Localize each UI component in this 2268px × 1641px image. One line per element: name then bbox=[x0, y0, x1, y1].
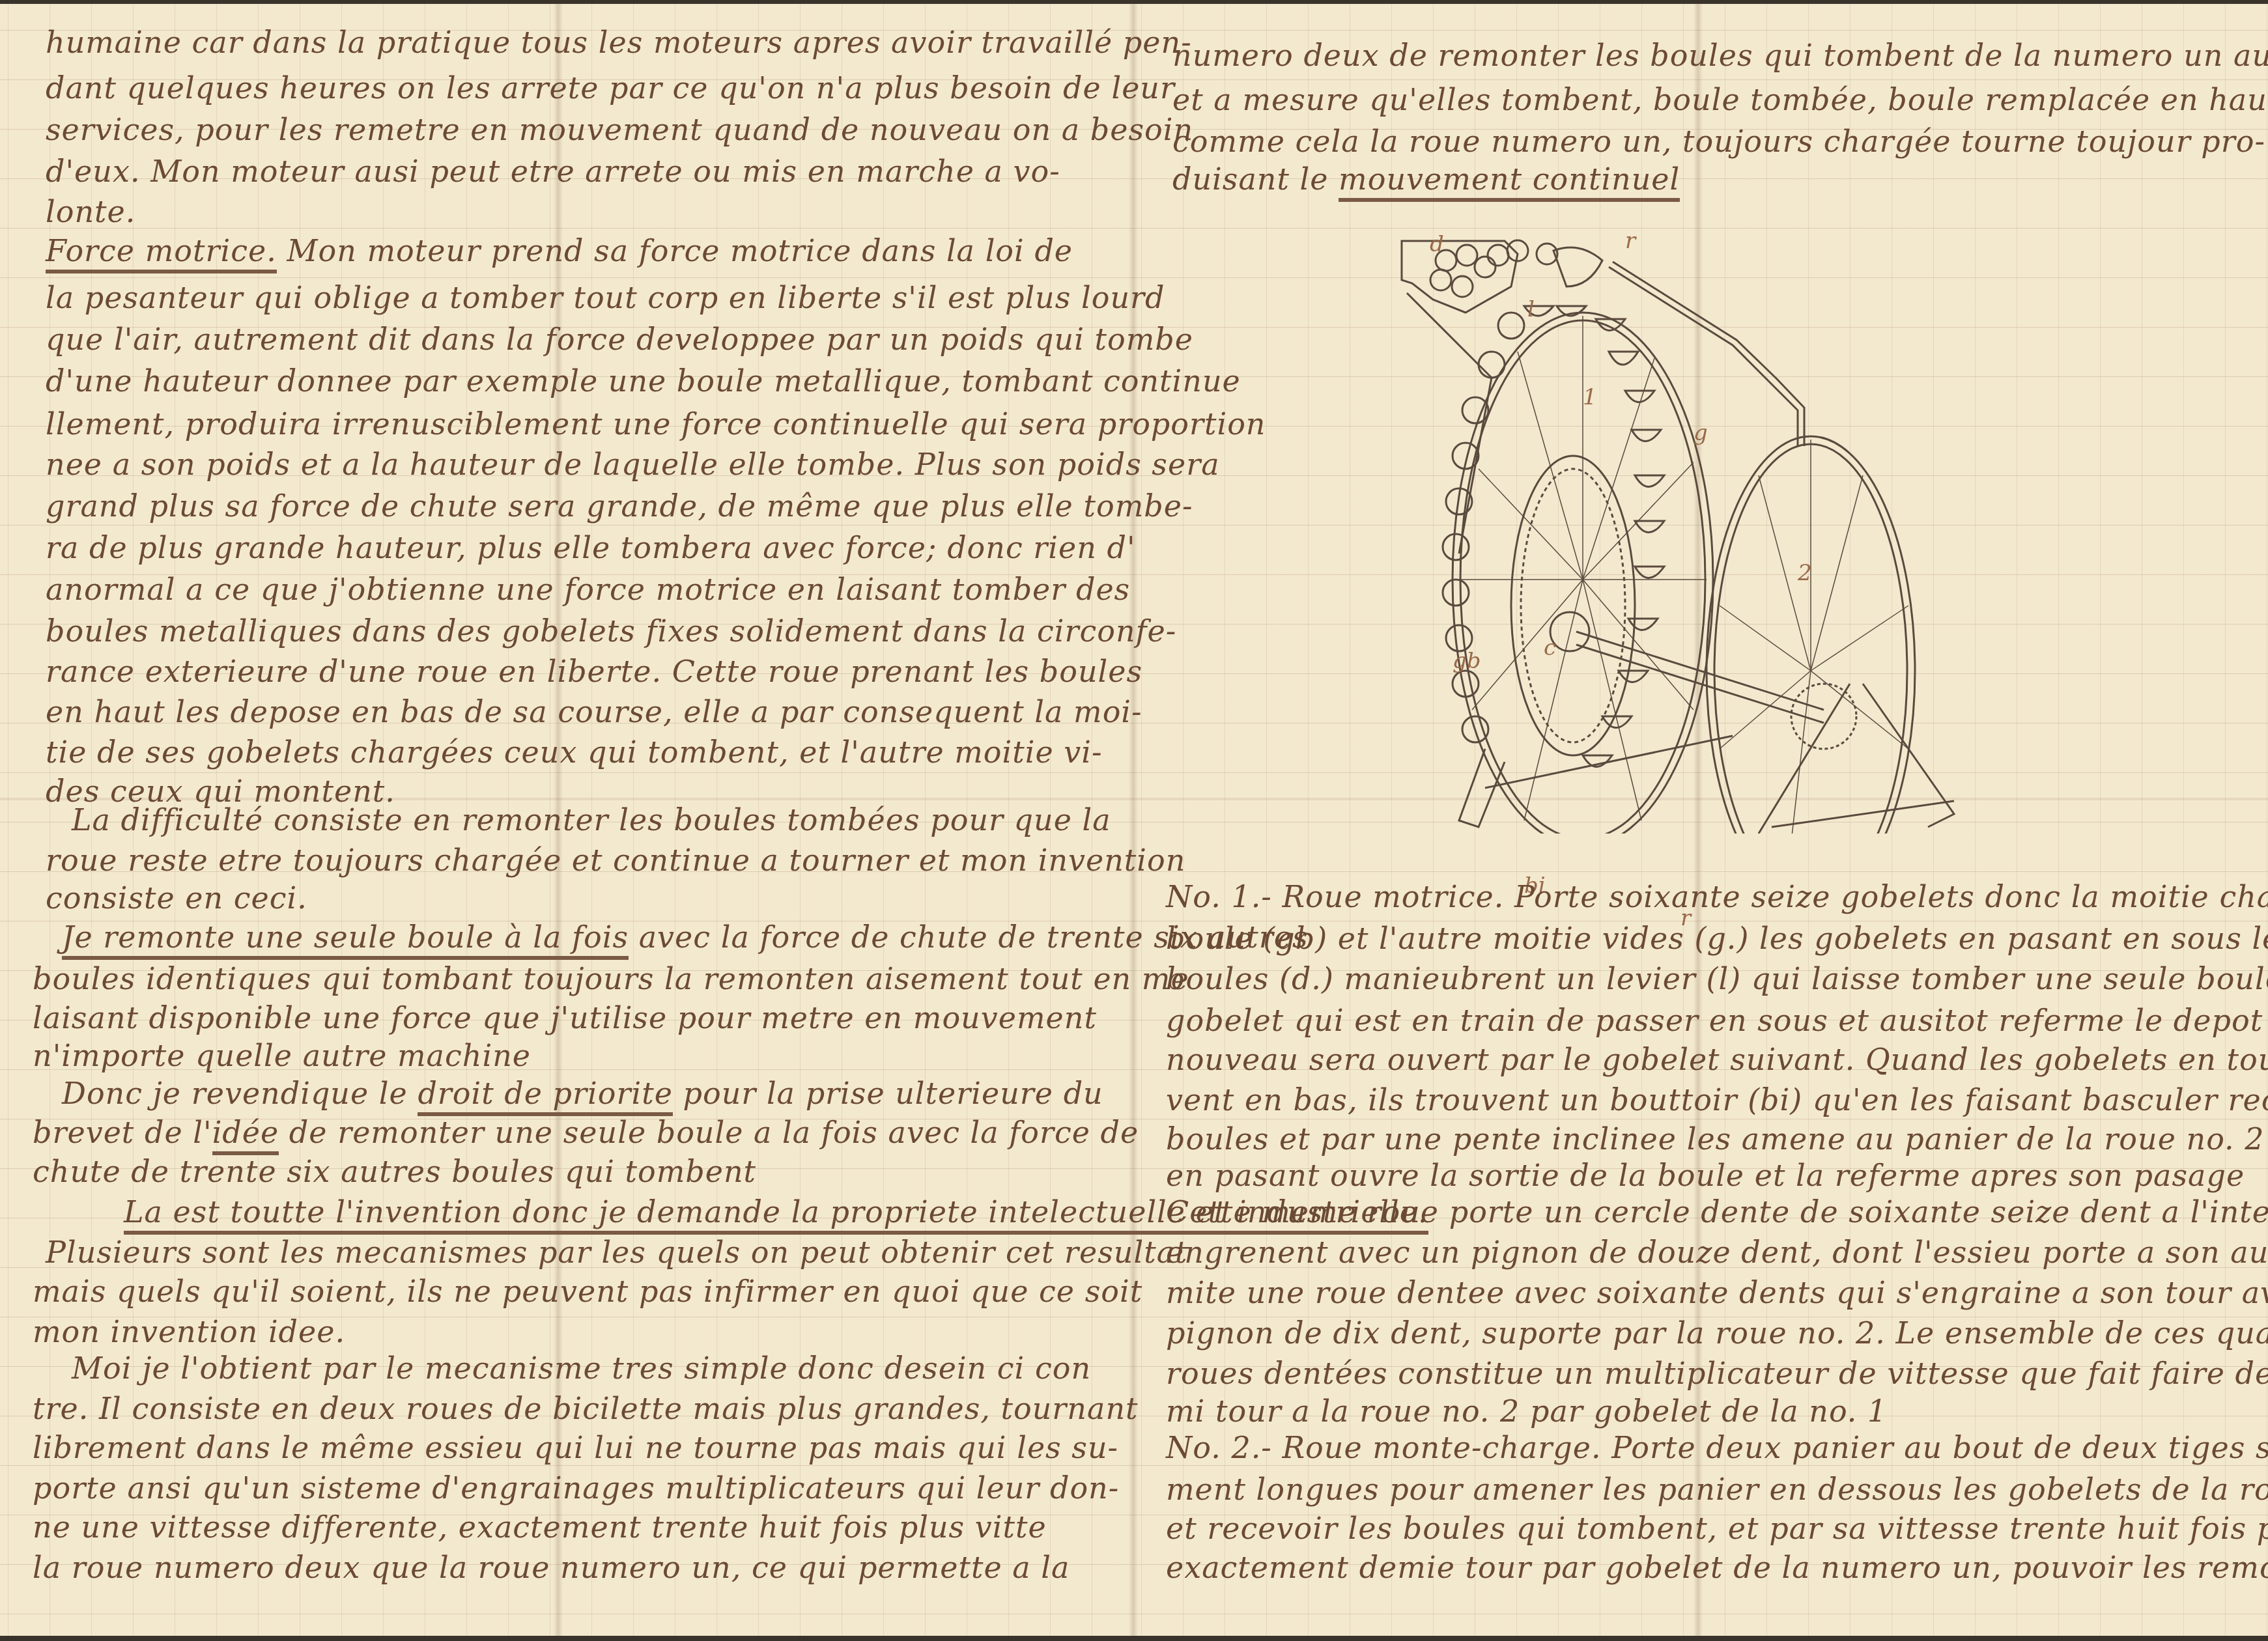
text-line: No. 2.- Roue monte-charge. Porte deux pa… bbox=[1166, 1430, 2268, 1465]
text-line: la pesanteur qui oblige a tomber tout co… bbox=[46, 280, 1165, 315]
text-span: duisant le bbox=[1172, 161, 1339, 197]
underlined-claim: Je remonte une seule boule à la fois bbox=[62, 919, 629, 960]
text-line: roues dentées constitue un multiplicateu… bbox=[1166, 1356, 2268, 1391]
text-line: boule (gb) et l'autre moitie vides (g.) … bbox=[1166, 921, 2268, 956]
text-line: en pasant ouvre la sortie de la boule et… bbox=[1166, 1158, 2245, 1193]
text-line: engrenent avec un pignon de douze dent, … bbox=[1166, 1235, 2268, 1270]
scan-bottom-edge bbox=[0, 1636, 2268, 1641]
text-line: boules identiques qui tombant toujours l… bbox=[33, 961, 1189, 996]
label-wheel-1: 1 bbox=[1583, 384, 1597, 410]
text-line: Je remonte une seule boule à la fois ave… bbox=[62, 919, 1309, 955]
text-line: la roue numero deux que la roue numero u… bbox=[33, 1550, 1070, 1585]
label-d: d bbox=[1430, 231, 1444, 257]
text-line: Cette meme roue porte un cercle dente de… bbox=[1166, 1194, 2268, 1229]
text-line: humaine car dans la pratique tous les mo… bbox=[46, 25, 1192, 60]
text-line: anormal a ce que j'obtienne une force mo… bbox=[46, 572, 1130, 607]
underlined-mouvement-continuel: mouvement continuel bbox=[1339, 161, 1680, 202]
text-line: mais quels qu'il soient, ils ne peuvent … bbox=[33, 1274, 1142, 1309]
text-span: brevet de l' bbox=[33, 1115, 212, 1150]
scan-top-edge bbox=[0, 0, 2268, 4]
text-line: et recevoir les boules qui tombent, et p… bbox=[1166, 1511, 2268, 1546]
text-line: services, pour les remetre en mouvement … bbox=[46, 112, 1193, 147]
text-line: librement dans le même essieu qui lui ne… bbox=[33, 1430, 1118, 1465]
text-line: nouveau sera ouvert par le gobelet suiva… bbox=[1166, 1042, 2268, 1077]
text-line: laisant disponible une force que j'utili… bbox=[33, 1000, 1097, 1035]
text-line: numero deux de remonter les boules qui t… bbox=[1172, 38, 2268, 73]
text-line: que l'air, autrement dit dans la force d… bbox=[46, 322, 1193, 357]
label-l: l bbox=[1527, 296, 1535, 322]
text-line: mite une roue dentee avec soixante dents… bbox=[1166, 1275, 2268, 1310]
text-line: tie de ses gobelets chargées ceux qui to… bbox=[46, 735, 1103, 770]
text-line: et a mesure qu'elles tombent, boule tomb… bbox=[1172, 82, 2268, 117]
text-line: ment longues pour amener les panier en d… bbox=[1166, 1472, 2268, 1507]
text-line: Force motrice. Mon moteur prend sa force… bbox=[46, 233, 1073, 268]
text-span: pour la prise ulterieure du bbox=[673, 1076, 1103, 1111]
text-line: No. 1.- Roue motrice. Porte soixante sei… bbox=[1166, 879, 2268, 914]
text-line: boules (d.) manieubrent un levier (l) qu… bbox=[1166, 961, 2268, 996]
text-line: mi tour a la roue no. 2 par gobelet de l… bbox=[1166, 1394, 1887, 1429]
text-line: comme cela la roue numero un, toujours c… bbox=[1172, 124, 2265, 159]
text-line: porte ansi qu'un sisteme d'engrainages m… bbox=[33, 1470, 1119, 1506]
text-line: exactement demie tour par gobelet de la … bbox=[1166, 1550, 2268, 1585]
text-line: en haut les depose en bas de sa course, … bbox=[46, 694, 1142, 729]
text-line: Moi je l'obtient par le mecanisme tres s… bbox=[72, 1351, 1091, 1386]
text-line: d'une hauteur donnee par exemple une bou… bbox=[46, 363, 1241, 399]
text-line: lonte. bbox=[46, 194, 135, 229]
text-line: ra de plus grande hauteur, plus elle tom… bbox=[46, 530, 1136, 565]
document-spread: humaine car dans la pratique tous les mo… bbox=[0, 0, 2268, 1641]
text-line: boules et par une pente inclinee les ame… bbox=[1166, 1121, 2268, 1157]
label-wheel-2: 2 bbox=[1798, 560, 1812, 586]
text-span: Donc je revendique le bbox=[62, 1076, 418, 1111]
gobelets-empty bbox=[1524, 306, 1664, 767]
text-span: Mon moteur prend sa force motrice dans l… bbox=[277, 233, 1073, 268]
text-line: ne une vittesse differente, exactement t… bbox=[33, 1509, 1047, 1545]
text-line: pignon de dix dent, suporte par la roue … bbox=[1166, 1315, 2268, 1351]
text-line: roue reste etre toujours chargée et cont… bbox=[46, 843, 1185, 878]
label-g: g bbox=[1694, 420, 1708, 446]
text-line: brevet de l'idée de remonter une seule b… bbox=[33, 1115, 1139, 1150]
text-line: boules metalliques dans des gobelets fix… bbox=[46, 613, 1176, 649]
text-span: de remonter une seule boule a la fois av… bbox=[279, 1115, 1139, 1150]
text-line: La difficulté consiste en remonter les b… bbox=[72, 802, 1111, 837]
text-line: dant quelques heures on les arrete par c… bbox=[46, 70, 1175, 105]
perpetual-motion-machine-illustration bbox=[1394, 215, 1967, 834]
label-gb: gb bbox=[1453, 648, 1481, 674]
text-line: nee a son poids et a la hauteur de laque… bbox=[46, 447, 1220, 482]
text-line: consiste en ceci. bbox=[46, 880, 307, 916]
machine-drawing: d r l 1 2 g gb c bi r bbox=[1394, 215, 1967, 834]
text-line: Plusieurs sont les mecanismes par les qu… bbox=[46, 1235, 1188, 1270]
heading-force-motrice: Force motrice. bbox=[46, 233, 277, 273]
label-r-top: r bbox=[1625, 228, 1636, 254]
text-line: rance exterieure d'une roue en liberte. … bbox=[46, 654, 1142, 689]
text-line: duisant le mouvement continuel bbox=[1172, 161, 1680, 197]
text-line: llement, produira irrenusciblement une f… bbox=[46, 406, 1266, 442]
text-line: vent en bas, ils trouvent un bouttoir (b… bbox=[1166, 1082, 2268, 1117]
text-line: gobelet qui est en train de passer en so… bbox=[1166, 1003, 2268, 1038]
text-line: tre. Il consiste en deux roues de bicile… bbox=[33, 1391, 1139, 1426]
text-line: chute de trente six autres boules qui to… bbox=[33, 1154, 756, 1189]
text-line: n'importe quelle autre machine bbox=[33, 1038, 531, 1073]
underlined-idee: idée bbox=[212, 1115, 279, 1155]
text-line: Donc je revendique le droit de priorite … bbox=[62, 1076, 1103, 1111]
text-line: d'eux. Mon moteur ausi peut etre arrete … bbox=[46, 154, 1060, 189]
label-c: c bbox=[1544, 635, 1556, 661]
text-line: mon invention idee. bbox=[33, 1314, 345, 1349]
text-line: grand plus sa force de chute sera grande… bbox=[46, 488, 1193, 524]
underlined-droit-de-priorite: droit de priorite bbox=[418, 1076, 673, 1116]
